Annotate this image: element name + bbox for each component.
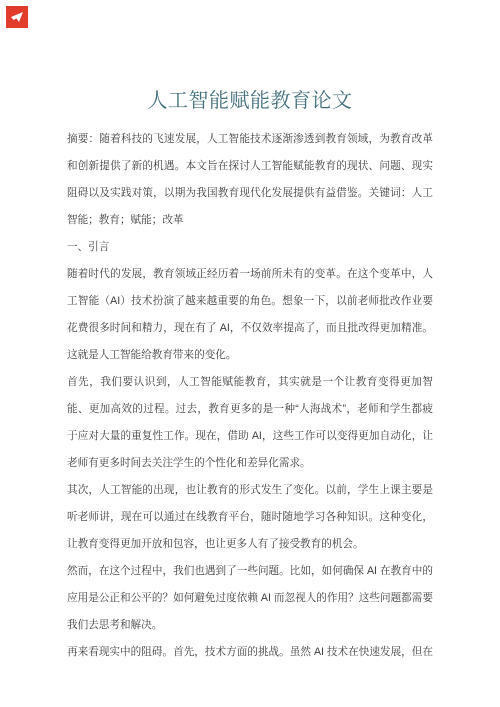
- text-line: 能、更加高效的过程。过去，教育更多的是一种“人海战术”，老师和学生都疲: [67, 396, 433, 423]
- text-line: 老师有更多时间去关注学生的个性化和差异化需求。: [67, 450, 433, 477]
- paper-plane-icon: [10, 10, 24, 24]
- text-line: 听老师讲，现在可以通过在线教育平台，随时随地学习各种知识。这种变化，: [67, 504, 433, 531]
- text-line: 阻碍以及实践对策，以期为我国教育现代化发展提供有益借鉴。关键词：人工: [67, 180, 433, 207]
- text-line: 然而，在这个过程中，我们也遇到了一些问题。比如，如何确保 AI 在教育中的: [67, 558, 433, 585]
- text-line: 工智能（AI）技术扮演了越来越重要的角色。想象一下，以前老师批改作业要: [67, 288, 433, 315]
- text-line: 随着时代的发展，教育领域正经历着一场前所未有的变革。在这个变革中，人: [67, 261, 433, 288]
- text-line: 和创新提供了新的机遇。本文旨在探讨人工智能赋能教育的现状、问题、现实: [67, 153, 433, 180]
- text-line: 应用是公正和公平的？如何避免过度依赖 AI 而忽视人的作用？这些问题都需要: [67, 585, 433, 612]
- text-line: 其次，人工智能的出现，也让教育的形式发生了变化。以前，学生上课主要是: [67, 477, 433, 504]
- text-line: 智能；教育；赋能；改革: [67, 207, 433, 234]
- text-line: 让教育变得更加开放和包容，也让更多人有了接受教育的机会。: [67, 531, 433, 558]
- site-logo: [6, 6, 28, 28]
- text-line: 再来看现实中的阻碍。首先，技术方面的挑战。虽然 AI 技术在快速发展，但在: [67, 639, 433, 666]
- text-line: 首先，我们要认识到，人工智能赋能教育，其实就是一个让教育变得更加智: [67, 369, 433, 396]
- text-line: 我们去思考和解决。: [67, 612, 433, 639]
- text-line: 花费很多时间和精力，现在有了 AI，不仅效率提高了，而且批改得更加精准。: [67, 315, 433, 342]
- document-body: 摘要：随着科技的飞速发展，人工智能技术逐渐渗透到教育领域，为教育改革和创新提供了…: [67, 126, 433, 666]
- document-page: 人工智能赋能教育论文 摘要：随着科技的飞速发展，人工智能技术逐渐渗透到教育领域，…: [0, 0, 500, 707]
- page-title: 人工智能赋能教育论文: [0, 84, 500, 113]
- text-line: 于应对大量的重复性工作。现在，借助 AI，这些工作可以变得更加自动化，让: [67, 423, 433, 450]
- section-heading: 一、引言: [67, 234, 433, 261]
- text-line: 摘要：随着科技的飞速发展，人工智能技术逐渐渗透到教育领域，为教育改革: [67, 126, 433, 153]
- text-line: 这就是人工智能给教育带来的变化。: [67, 342, 433, 369]
